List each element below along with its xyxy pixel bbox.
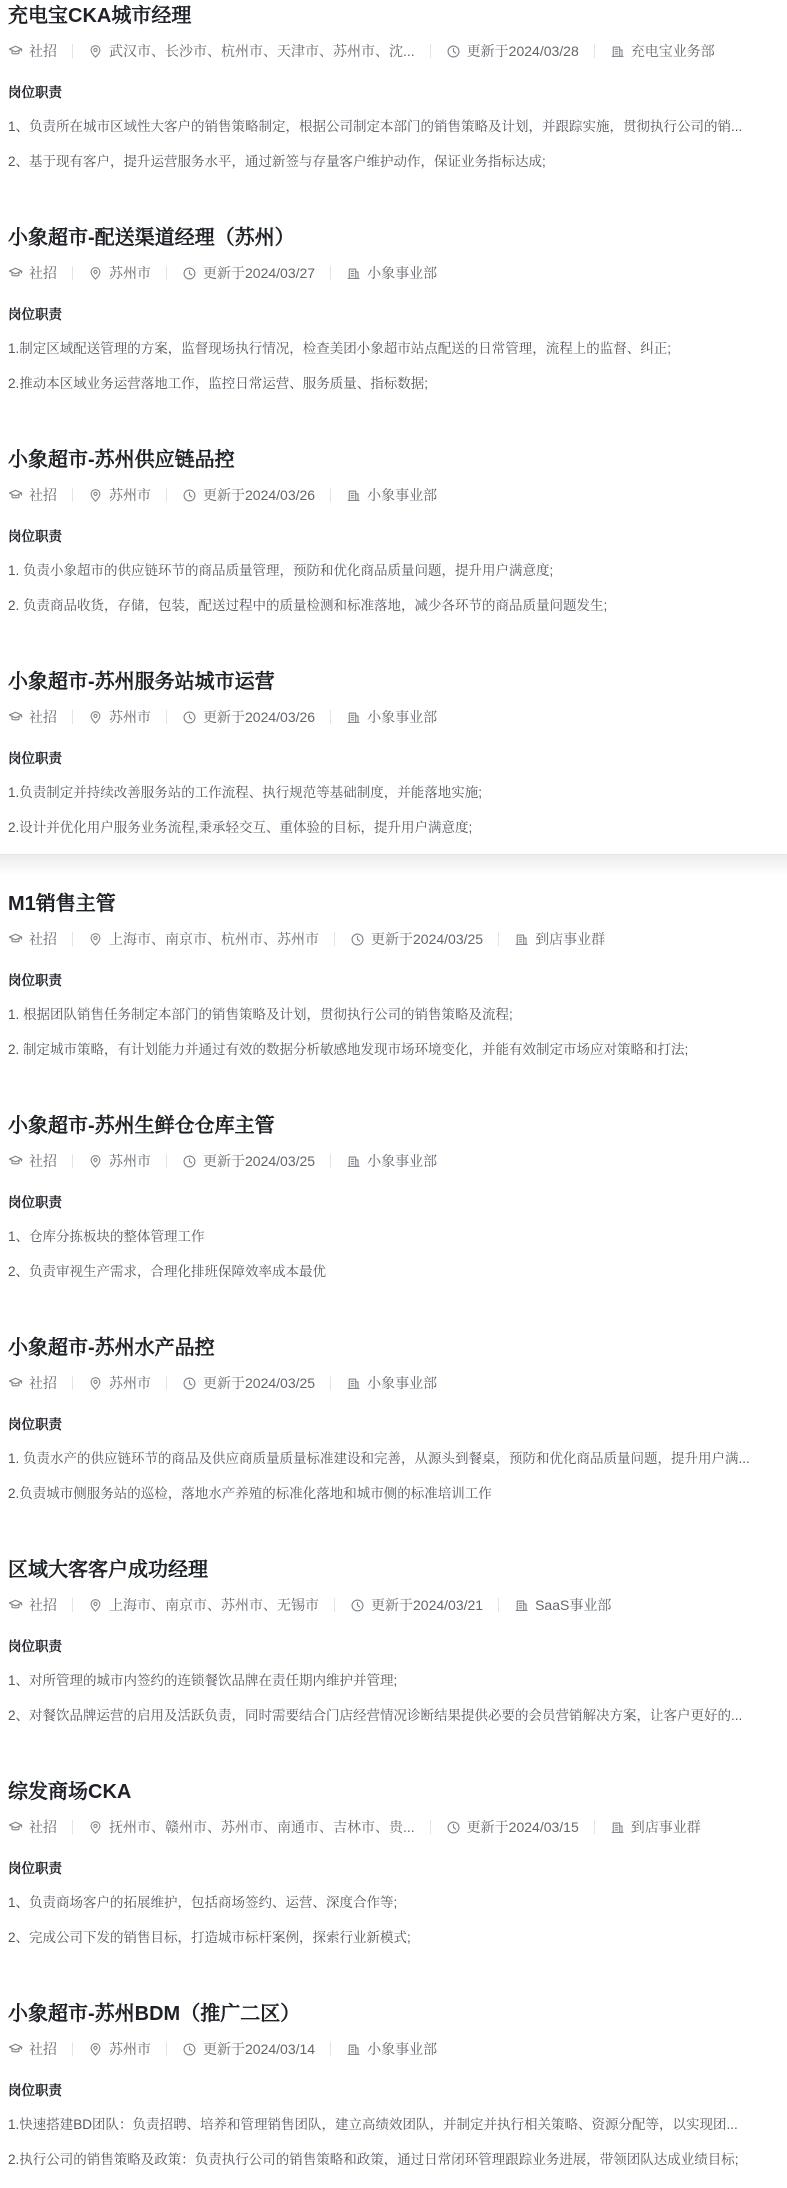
department-label: 充电宝业务部 (631, 41, 715, 61)
duty-line: 2、负责审视生产需求，合理化排班保障效率成本最优 (8, 1263, 779, 1281)
job-updated: 更新于2024/03/15 (446, 1817, 579, 1837)
meta-separator (330, 2042, 331, 2056)
department-label: 小象事业部 (367, 707, 437, 727)
clock-icon (182, 1154, 197, 1169)
duties-heading: 岗位职责 (8, 84, 779, 101)
duties-list: 1.制定区域配送管理的方案，监督现场执行情况，检查美团小象超市站点配送的日常管理… (8, 340, 779, 393)
duties-list: 1. 根据团队销售任务制定本部门的销售策略及计划，贯彻执行公司的销售策略及流程;… (8, 1006, 779, 1059)
duty-line: 2. 制定城市策略，有计划能力并通过有效的数据分析敏感地发现市场环境变化，并能有… (8, 1041, 779, 1059)
locations-label: 苏州市 (109, 1151, 151, 1171)
graduation-cap-icon (8, 932, 23, 947)
clock-icon (350, 1598, 365, 1613)
department-label: 到店事业群 (631, 1817, 701, 1837)
updated-label: 更新于2024/03/28 (467, 41, 579, 61)
duties-heading: 岗位职责 (8, 528, 779, 545)
meta-separator (498, 932, 499, 946)
building-icon (346, 488, 361, 503)
meta-separator (72, 932, 73, 946)
job-title[interactable]: 综发商场CKA (8, 1778, 779, 1806)
locations-label: 苏州市 (109, 2039, 151, 2059)
meta-separator (72, 1154, 73, 1168)
building-icon (346, 1376, 361, 1391)
duty-line: 1. 根据团队销售任务制定本部门的销售策略及计划，贯彻执行公司的销售策略及流程; (8, 1006, 779, 1024)
job-updated: 更新于2024/03/26 (182, 707, 315, 727)
recruit-type: 社招 (8, 263, 57, 283)
duties-heading: 岗位职责 (8, 1638, 779, 1655)
recruit-type-label: 社招 (29, 1595, 57, 1615)
job-card[interactable]: 小象超市-苏州水产品控 社招 (8, 1334, 779, 1503)
job-meta-row: 社招 苏州市 更新于 (8, 2039, 779, 2059)
clock-icon (182, 488, 197, 503)
job-locations: 苏州市 (88, 2039, 151, 2059)
duty-line: 1.快速搭建BD团队：负责招聘、培养和管理销售团队，建立高绩效团队，并制定并执行… (8, 2116, 779, 2134)
job-title[interactable]: 区域大客客户成功经理 (8, 1556, 779, 1584)
recruit-type-label: 社招 (29, 707, 57, 727)
locations-label: 武汉市、长沙市、杭州市、天津市、苏州市、沈... (109, 41, 415, 61)
clock-icon (350, 932, 365, 947)
job-updated: 更新于2024/03/26 (182, 485, 315, 505)
job-locations: 苏州市 (88, 263, 151, 283)
recruit-type-label: 社招 (29, 2039, 57, 2059)
graduation-cap-icon (8, 488, 23, 503)
location-pin-icon (88, 710, 103, 725)
job-title[interactable]: 小象超市-配送渠道经理（苏州） (8, 224, 779, 252)
job-meta-row: 社招 苏州市 更新于 (8, 707, 779, 727)
duties-list: 1. 负责小象超市的供应链环节的商品质量管理，预防和优化商品质量问题，提升用户满… (8, 562, 779, 615)
job-meta-row: 社招 上海市、南京市、苏州市、无锡市 (8, 1595, 779, 1615)
job-meta-row: 社招 上海市、南京市、杭州市、苏州市 (8, 929, 779, 949)
recruit-type: 社招 (8, 929, 57, 949)
clock-icon (446, 44, 461, 59)
job-title[interactable]: 小象超市-苏州服务站城市运营 (8, 668, 779, 696)
department-label: 小象事业部 (367, 485, 437, 505)
location-pin-icon (88, 932, 103, 947)
meta-separator (594, 44, 595, 58)
building-icon (610, 1820, 625, 1835)
graduation-cap-icon (8, 1154, 23, 1169)
duty-line: 2.执行公司的销售策略及政策：负责执行公司的销售策略和政策，通过日常闭环管理跟踪… (8, 2151, 779, 2169)
meta-separator (72, 44, 73, 58)
duties-heading: 岗位职责 (8, 306, 779, 323)
building-icon (346, 266, 361, 281)
job-card[interactable]: 充电宝CKA城市经理 社招 (8, 2, 779, 171)
recruit-type: 社招 (8, 485, 57, 505)
recruit-type: 社招 (8, 707, 57, 727)
job-meta-row: 社招 苏州市 更新于 (8, 1151, 779, 1171)
job-title[interactable]: 小象超市-苏州BDM（推广二区） (8, 2000, 779, 2028)
job-department: SaaS事业部 (514, 1595, 611, 1615)
job-card[interactable]: 小象超市-配送渠道经理（苏州） 社招 (8, 224, 779, 393)
job-meta-row: 社招 抚州市、赣州市、苏州市、南通市、吉林市、贵... (8, 1817, 779, 1837)
building-icon (610, 44, 625, 59)
duties-list: 1、负责所在城市区域性大客户的销售策略制定，根据公司制定本部门的销售策略及计划，… (8, 118, 779, 171)
updated-label: 更新于2024/03/15 (467, 1817, 579, 1837)
meta-separator (166, 1154, 167, 1168)
department-label: 小象事业部 (367, 1373, 437, 1393)
meta-separator (72, 266, 73, 280)
locations-label: 苏州市 (109, 1373, 151, 1393)
clock-icon (446, 1820, 461, 1835)
meta-separator (72, 2042, 73, 2056)
updated-label: 更新于2024/03/26 (203, 707, 315, 727)
job-department: 充电宝业务部 (610, 41, 715, 61)
recruit-type: 社招 (8, 1373, 57, 1393)
recruit-type-label: 社招 (29, 1373, 57, 1393)
locations-label: 苏州市 (109, 707, 151, 727)
meta-separator (330, 488, 331, 502)
locations-label: 抚州市、赣州市、苏州市、南通市、吉林市、贵... (109, 1817, 415, 1837)
clock-icon (182, 1376, 197, 1391)
meta-separator (166, 488, 167, 502)
job-locations: 上海市、南京市、苏州市、无锡市 (88, 1595, 319, 1615)
duties-heading: 岗位职责 (8, 972, 779, 989)
job-locations: 苏州市 (88, 485, 151, 505)
department-label: SaaS事业部 (535, 1595, 611, 1615)
job-list: 充电宝CKA城市经理 社招 (0, 0, 787, 2169)
duties-heading: 岗位职责 (8, 2082, 779, 2099)
duties-list: 1.负责制定并持续改善服务站的工作流程、执行规范等基础制度，并能落地实施;2.设… (8, 784, 779, 837)
meta-separator (334, 932, 335, 946)
job-card[interactable]: 小象超市-苏州生鲜仓仓库主管 社招 (8, 1112, 779, 1281)
duties-heading: 岗位职责 (8, 750, 779, 767)
recruit-type: 社招 (8, 41, 57, 61)
job-locations: 苏州市 (88, 1151, 151, 1171)
meta-separator (594, 1820, 595, 1834)
recruit-type-label: 社招 (29, 929, 57, 949)
meta-separator (72, 1598, 73, 1612)
updated-label: 更新于2024/03/14 (203, 2039, 315, 2059)
location-pin-icon (88, 44, 103, 59)
updated-label: 更新于2024/03/25 (203, 1151, 315, 1171)
locations-label: 苏州市 (109, 485, 151, 505)
job-title[interactable]: 小象超市-苏州供应链品控 (8, 446, 779, 474)
job-locations: 抚州市、赣州市、苏州市、南通市、吉林市、贵... (88, 1817, 415, 1837)
duty-line: 1. 负责小象超市的供应链环节的商品质量管理，预防和优化商品质量问题，提升用户满… (8, 562, 779, 580)
graduation-cap-icon (8, 1820, 23, 1835)
updated-label: 更新于2024/03/26 (203, 485, 315, 505)
duties-heading: 岗位职责 (8, 1416, 779, 1433)
job-updated: 更新于2024/03/25 (182, 1151, 315, 1171)
recruit-type-label: 社招 (29, 1817, 57, 1837)
location-pin-icon (88, 1376, 103, 1391)
job-card[interactable]: 小象超市-苏州供应链品控 社招 (8, 446, 779, 615)
recruit-type: 社招 (8, 1817, 57, 1837)
graduation-cap-icon (8, 44, 23, 59)
graduation-cap-icon (8, 266, 23, 281)
recruit-type-label: 社招 (29, 485, 57, 505)
building-icon (346, 2042, 361, 2057)
recruit-type: 社招 (8, 1595, 57, 1615)
meta-separator (334, 1598, 335, 1612)
duties-heading: 岗位职责 (8, 1860, 779, 1877)
updated-label: 更新于2024/03/25 (203, 1373, 315, 1393)
clock-icon (182, 2042, 197, 2057)
job-locations: 苏州市 (88, 707, 151, 727)
location-pin-icon (88, 1154, 103, 1169)
duty-line: 1.制定区域配送管理的方案，监督现场执行情况，检查美团小象超市站点配送的日常管理… (8, 340, 779, 358)
meta-separator (166, 710, 167, 724)
job-department: 到店事业群 (610, 1817, 701, 1837)
recruit-type-label: 社招 (29, 1151, 57, 1171)
job-card[interactable]: 综发商场CKA 社招 (8, 1778, 779, 1947)
job-card[interactable]: 小象超市-苏州服务站城市运营 社招 (8, 668, 779, 837)
department-label: 小象事业部 (367, 1151, 437, 1171)
duties-list: 1、对所管理的城市内签约的连锁餐饮品牌在责任期内维护并管理;2、对餐饮品牌运营的… (8, 1672, 779, 1725)
duties-list: 1.快速搭建BD团队：负责招聘、培养和管理销售团队，建立高绩效团队，并制定并执行… (8, 2116, 779, 2169)
job-title[interactable]: M1销售主管 (8, 890, 779, 918)
job-meta-row: 社招 苏州市 更新于 (8, 263, 779, 283)
job-title[interactable]: 小象超市-苏州生鲜仓仓库主管 (8, 1112, 779, 1140)
location-pin-icon (88, 2042, 103, 2057)
location-pin-icon (88, 266, 103, 281)
meta-separator (430, 44, 431, 58)
building-icon (346, 1154, 361, 1169)
job-department: 小象事业部 (346, 2039, 437, 2059)
job-updated: 更新于2024/03/25 (182, 1373, 315, 1393)
clock-icon (182, 266, 197, 281)
job-department: 到店事业群 (514, 929, 605, 949)
locations-label: 苏州市 (109, 263, 151, 283)
job-updated: 更新于2024/03/21 (350, 1595, 483, 1615)
section-divider (0, 854, 787, 876)
graduation-cap-icon (8, 1376, 23, 1391)
locations-label: 上海市、南京市、苏州市、无锡市 (109, 1595, 319, 1615)
meta-separator (166, 1376, 167, 1390)
meta-separator (166, 2042, 167, 2056)
duty-line: 2、基于现有客户，提升运营服务水平，通过新签与存量客户维护动作，保证业务指标达成… (8, 153, 779, 171)
department-label: 小象事业部 (367, 2039, 437, 2059)
duties-heading: 岗位职责 (8, 1194, 779, 1211)
clock-icon (182, 710, 197, 725)
meta-separator (166, 266, 167, 280)
job-locations: 上海市、南京市、杭州市、苏州市 (88, 929, 319, 949)
building-icon (514, 932, 529, 947)
recruit-type-label: 社招 (29, 41, 57, 61)
job-department: 小象事业部 (346, 1373, 437, 1393)
duty-line: 1.负责制定并持续改善服务站的工作流程、执行规范等基础制度，并能落地实施; (8, 784, 779, 802)
job-updated: 更新于2024/03/27 (182, 263, 315, 283)
duty-line: 2.推动本区域业务运营落地工作，监控日常运营、服务质量、指标数据; (8, 375, 779, 393)
job-department: 小象事业部 (346, 263, 437, 283)
recruit-type: 社招 (8, 2039, 57, 2059)
recruit-type-label: 社招 (29, 263, 57, 283)
duty-line: 1、仓库分拣板块的整体管理工作 (8, 1228, 779, 1246)
building-icon (514, 1598, 529, 1613)
graduation-cap-icon (8, 1598, 23, 1613)
meta-separator (72, 1820, 73, 1834)
duty-line: 1、负责商场客户的拓展维护，包括商场签约、运营、深度合作等; (8, 1894, 779, 1912)
meta-separator (330, 1154, 331, 1168)
duties-list: 1. 负责水产的供应链环节的商品及供应商质量质量标准建设和完善，从源头到餐桌，预… (8, 1450, 779, 1503)
graduation-cap-icon (8, 2042, 23, 2057)
meta-separator (72, 488, 73, 502)
building-icon (346, 710, 361, 725)
updated-label: 更新于2024/03/21 (371, 1595, 483, 1615)
duty-line: 2、完成公司下发的销售目标，打造城市标杆案例，探索行业新模式; (8, 1929, 779, 1947)
location-pin-icon (88, 488, 103, 503)
job-meta-row: 社招 武汉市、长沙市、杭州市、天津市、苏州市、沈... (8, 41, 779, 61)
job-title[interactable]: 充电宝CKA城市经理 (8, 2, 779, 30)
job-department: 小象事业部 (346, 485, 437, 505)
job-card[interactable]: 区域大客客户成功经理 社招 (8, 1556, 779, 1725)
duty-line: 2.负责城市侧服务站的巡检，落地水产养殖的标准化落地和城市侧的标准培训工作 (8, 1485, 779, 1503)
job-updated: 更新于2024/03/25 (350, 929, 483, 949)
duties-list: 1、仓库分拣板块的整体管理工作2、负责审视生产需求，合理化排班保障效率成本最优 (8, 1228, 779, 1281)
job-department: 小象事业部 (346, 1151, 437, 1171)
meta-separator (330, 1376, 331, 1390)
job-meta-row: 社招 苏州市 更新于 (8, 1373, 779, 1393)
duty-line: 1. 负责水产的供应链环节的商品及供应商质量质量标准建设和完善，从源头到餐桌，预… (8, 1450, 779, 1468)
location-pin-icon (88, 1820, 103, 1835)
graduation-cap-icon (8, 710, 23, 725)
updated-label: 更新于2024/03/27 (203, 263, 315, 283)
meta-separator (72, 710, 73, 724)
job-title[interactable]: 小象超市-苏州水产品控 (8, 1334, 779, 1362)
meta-separator (498, 1598, 499, 1612)
duty-line: 1、对所管理的城市内签约的连锁餐饮品牌在责任期内维护并管理; (8, 1672, 779, 1690)
duty-line: 1、负责所在城市区域性大客户的销售策略制定，根据公司制定本部门的销售策略及计划，… (8, 118, 779, 136)
job-card[interactable]: M1销售主管 社招 (8, 890, 779, 1059)
job-updated: 更新于2024/03/14 (182, 2039, 315, 2059)
job-department: 小象事业部 (346, 707, 437, 727)
job-locations: 苏州市 (88, 1373, 151, 1393)
duty-line: 2. 负责商品收货，存储，包装，配送过程中的质量检测和标准落地，减少各环节的商品… (8, 597, 779, 615)
meta-separator (330, 266, 331, 280)
job-updated: 更新于2024/03/28 (446, 41, 579, 61)
locations-label: 上海市、南京市、杭州市、苏州市 (109, 929, 319, 949)
job-meta-row: 社招 苏州市 更新于 (8, 485, 779, 505)
job-locations: 武汉市、长沙市、杭州市、天津市、苏州市、沈... (88, 41, 415, 61)
department-label: 小象事业部 (367, 263, 437, 283)
meta-separator (330, 710, 331, 724)
meta-separator (72, 1376, 73, 1390)
department-label: 到店事业群 (535, 929, 605, 949)
updated-label: 更新于2024/03/25 (371, 929, 483, 949)
duties-list: 1、负责商场客户的拓展维护，包括商场签约、运营、深度合作等;2、完成公司下发的销… (8, 1894, 779, 1947)
duty-line: 2.设计并优化用户服务业务流程,秉承轻交互、重体验的目标，提升用户满意度; (8, 819, 779, 837)
job-card[interactable]: 小象超市-苏州BDM（推广二区） 社招 (8, 2000, 779, 2169)
recruit-type: 社招 (8, 1151, 57, 1171)
location-pin-icon (88, 1598, 103, 1613)
duty-line: 2、对餐饮品牌运营的启用及活跃负责，同时需要结合门店经营情况诊断结果提供必要的会… (8, 1707, 779, 1725)
meta-separator (430, 1820, 431, 1834)
